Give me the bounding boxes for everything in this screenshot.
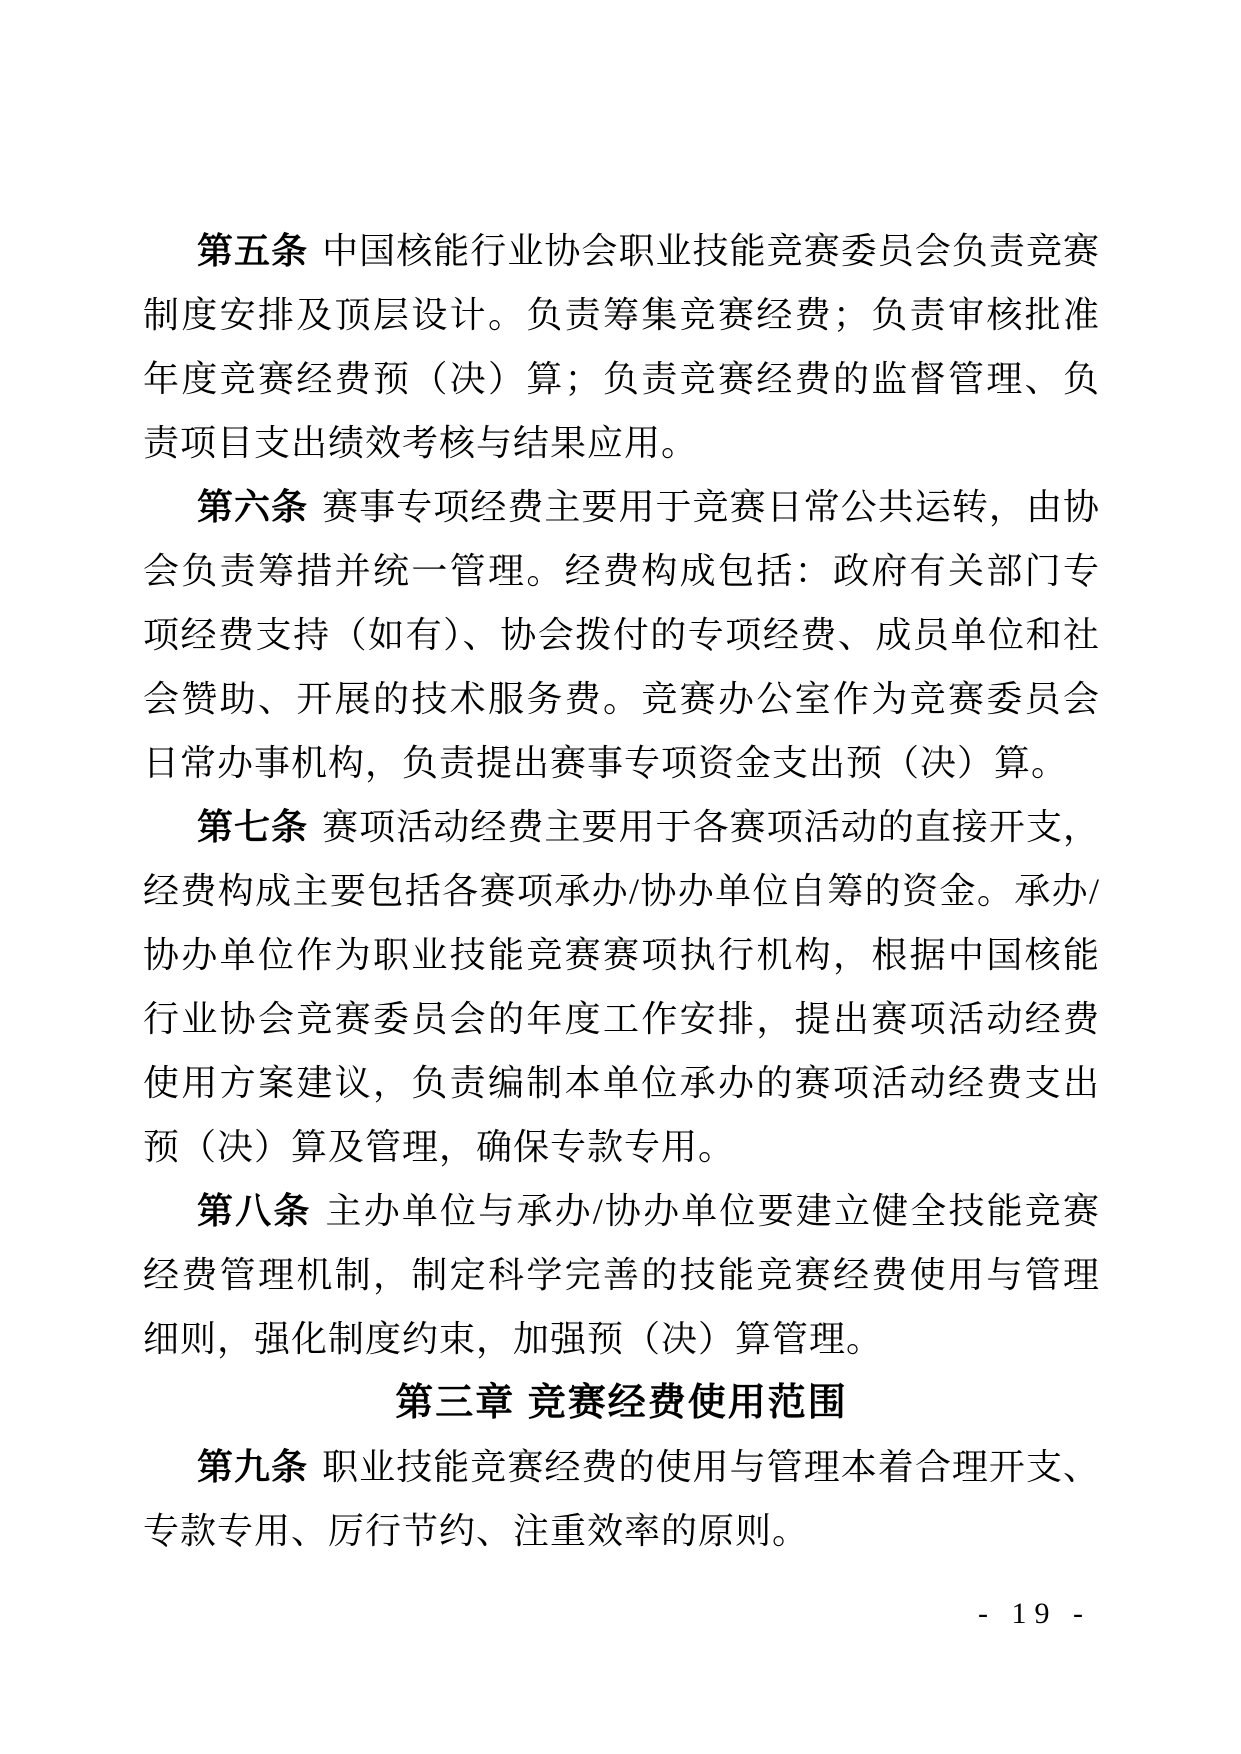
article-text: 赛事专项经费主要用于竞赛日常公共运转，由协会负责筹措并统一管理。经费构成包括：政… [143,487,1100,783]
article-paragraph: 第七条赛项活动经费主要用于各赛项活动的直接开支，经费构成主要包括各赛项承办/协办… [143,795,1100,1179]
article-label: 第九条 [197,1447,308,1487]
article-paragraph: 第八条主办单位与承办/协办单位要建立健全技能竞赛经费管理机制，制定科学完善的技能… [143,1179,1100,1371]
article-label: 第八条 [197,1191,312,1231]
chapter-heading: 第三章 竞赛经费使用范围 [143,1371,1100,1435]
article-paragraph: 第五条中国核能行业协会职业技能竞赛委员会负责竞赛制度安排及顶层设计。负责筹集竞赛… [143,219,1100,475]
article-paragraph: 第六条赛事专项经费主要用于竞赛日常公共运转，由协会负责筹措并统一管理。经费构成包… [143,475,1100,795]
document-body: 第五条中国核能行业协会职业技能竞赛委员会负责竞赛制度安排及顶层设计。负责筹集竞赛… [143,219,1100,1563]
article-text: 赛项活动经费主要用于各赛项活动的直接开支，经费构成主要包括各赛项承办/协办单位自… [143,807,1100,1167]
article-label: 第六条 [197,487,308,527]
document-page: 第五条中国核能行业协会职业技能竞赛委员会负责竞赛制度安排及顶层设计。负责筹集竞赛… [0,0,1241,1754]
article-label: 第五条 [197,231,308,271]
article-paragraph: 第九条职业技能竞赛经费的使用与管理本着合理开支、专款专用、厉行节约、注重效率的原… [143,1435,1100,1563]
page-number: - 19 - [978,1597,1091,1631]
article-label: 第七条 [197,807,308,847]
